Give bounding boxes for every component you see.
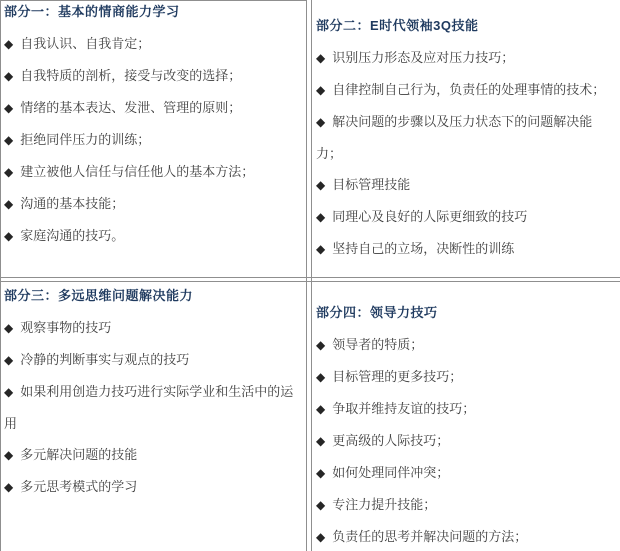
- item-text: 冷静的判断事实与观点的技巧: [20, 352, 189, 367]
- item-text: 如何处理同伴冲突；: [332, 465, 449, 480]
- item-text: 专注力提升技能；: [332, 497, 436, 512]
- item-text: 观察事物的技巧: [20, 320, 111, 335]
- list-item: ◆识别压力形态及应对压力技巧；: [316, 42, 616, 74]
- diamond-bullet-icon: ◆: [4, 353, 13, 367]
- list-item: ◆目标管理的更多技巧；: [316, 361, 616, 393]
- item-text: 解决问题的步骤以及压力状态下的问题解决能力；: [316, 114, 592, 161]
- diamond-bullet-icon: ◆: [316, 115, 325, 129]
- section-part4-items: ◆领导者的特质； ◆目标管理的更多技巧； ◆争取并维持友谊的技巧； ◆更高级的人…: [316, 329, 616, 551]
- diamond-bullet-icon: ◆: [4, 101, 13, 115]
- item-text: 坚持自己的立场，决断性的训练: [332, 241, 514, 256]
- list-item: ◆负责任的思考并解决问题的方法；: [316, 521, 616, 551]
- diamond-bullet-icon: ◆: [4, 69, 13, 83]
- diamond-bullet-icon: ◆: [316, 530, 325, 544]
- list-item: ◆如果利用创造力技巧进行实际学业和生活中的运用: [4, 376, 302, 439]
- item-text: 如果利用创造力技巧进行实际学业和生活中的运用: [4, 384, 293, 431]
- diamond-bullet-icon: ◆: [316, 466, 325, 480]
- section-part1-items: ◆自我认识、自我肯定； ◆自我特质的剖析，接受与改变的选择； ◆情绪的基本表达、…: [4, 28, 302, 252]
- diamond-bullet-icon: ◆: [316, 210, 325, 224]
- diamond-bullet-icon: ◆: [4, 165, 13, 179]
- list-item: ◆自律控制自己行为，负责任的处理事情的技术；: [316, 74, 616, 106]
- diamond-bullet-icon: ◆: [316, 498, 325, 512]
- item-text: 沟通的基本技能；: [20, 196, 124, 211]
- diamond-bullet-icon: ◆: [4, 133, 13, 147]
- item-text: 多元思考模式的学习: [20, 479, 137, 494]
- diamond-bullet-icon: ◆: [4, 37, 13, 51]
- diamond-bullet-icon: ◆: [316, 434, 325, 448]
- section-part1: 部分一：基本的情商能力学习 ◆自我认识、自我肯定； ◆自我特质的剖析，接受与改变…: [4, 3, 302, 252]
- list-item: ◆自我特质的剖析，接受与改变的选择；: [4, 60, 302, 92]
- diamond-bullet-icon: ◆: [316, 51, 325, 65]
- item-text: 争取并维持友谊的技巧；: [332, 401, 475, 416]
- list-item: ◆同理心及良好的人际更细致的技巧: [316, 201, 616, 233]
- item-text: 更高级的人际技巧；: [332, 433, 449, 448]
- item-text: 情绪的基本表达、发泄、管理的原则；: [20, 100, 241, 115]
- diamond-bullet-icon: ◆: [316, 370, 325, 384]
- section-part3: 部分三：多远思维问题解决能力 ◆观察事物的技巧 ◆冷静的判断事实与观点的技巧 ◆…: [4, 287, 302, 503]
- item-text: 家庭沟通的技巧。: [20, 228, 124, 243]
- diamond-bullet-icon: ◆: [4, 321, 13, 335]
- list-item: ◆坚持自己的立场，决断性的训练: [316, 233, 616, 265]
- table-left-border: [0, 0, 1, 551]
- item-text: 识别压力形态及应对压力技巧；: [332, 50, 514, 65]
- list-item: ◆解决问题的步骤以及压力状态下的问题解决能力；: [316, 106, 616, 169]
- list-item: ◆建立被他人信任与信任他人的基本方法；: [4, 156, 302, 188]
- section-part2: 部分二：E时代领袖3Q技能 ◆识别压力形态及应对压力技巧； ◆自律控制自己行为，…: [316, 17, 616, 265]
- diamond-bullet-icon: ◆: [4, 385, 13, 399]
- diamond-bullet-icon: ◆: [316, 242, 325, 256]
- item-text: 同理心及良好的人际更细致的技巧: [332, 209, 527, 224]
- diamond-bullet-icon: ◆: [4, 480, 13, 494]
- item-text: 自我特质的剖析，接受与改变的选择；: [20, 68, 241, 83]
- list-item: ◆争取并维持友谊的技巧；: [316, 393, 616, 425]
- table-top-border: [0, 0, 306, 1]
- item-text: 目标管理技能: [332, 177, 410, 192]
- item-text: 建立被他人信任与信任他人的基本方法；: [20, 164, 254, 179]
- section-part4: 部分四：领导力技巧 ◆领导者的特质； ◆目标管理的更多技巧； ◆争取并维持友谊的…: [316, 304, 616, 551]
- list-item: ◆更高级的人际技巧；: [316, 425, 616, 457]
- list-item: ◆目标管理技能: [316, 169, 616, 201]
- list-item: ◆多元思考模式的学习: [4, 471, 302, 503]
- list-item: ◆沟通的基本技能；: [4, 188, 302, 220]
- item-text: 拒绝同伴压力的训练；: [20, 132, 150, 147]
- diamond-bullet-icon: ◆: [316, 83, 325, 97]
- list-item: ◆情绪的基本表达、发泄、管理的原则；: [4, 92, 302, 124]
- section-part3-title: 部分三：多远思维问题解决能力: [4, 287, 302, 304]
- section-part2-items: ◆识别压力形态及应对压力技巧； ◆自律控制自己行为，负责任的处理事情的技术； ◆…: [316, 42, 616, 265]
- item-text: 多元解决问题的技能: [20, 447, 137, 462]
- item-text: 领导者的特质；: [332, 337, 423, 352]
- section-part4-title: 部分四：领导力技巧: [316, 304, 616, 321]
- list-item: ◆领导者的特质；: [316, 329, 616, 361]
- item-text: 自我认识、自我肯定；: [20, 36, 150, 51]
- vertical-double-divider: [306, 0, 312, 551]
- section-part3-items: ◆观察事物的技巧 ◆冷静的判断事实与观点的技巧 ◆如果利用创造力技巧进行实际学业…: [4, 312, 302, 503]
- diamond-bullet-icon: ◆: [316, 402, 325, 416]
- diamond-bullet-icon: ◆: [4, 229, 13, 243]
- list-item: ◆多元解决问题的技能: [4, 439, 302, 471]
- diamond-bullet-icon: ◆: [316, 178, 325, 192]
- item-text: 目标管理的更多技巧；: [332, 369, 462, 384]
- item-text: 自律控制自己行为，负责任的处理事情的技术；: [332, 82, 605, 97]
- list-item: ◆专注力提升技能；: [316, 489, 616, 521]
- horizontal-double-divider: [0, 277, 620, 282]
- item-text: 负责任的思考并解决问题的方法；: [332, 529, 527, 544]
- list-item: ◆拒绝同伴压力的训练；: [4, 124, 302, 156]
- list-item: ◆家庭沟通的技巧。: [4, 220, 302, 252]
- list-item: ◆冷静的判断事实与观点的技巧: [4, 344, 302, 376]
- section-part1-title: 部分一：基本的情商能力学习: [4, 3, 302, 20]
- list-item: ◆观察事物的技巧: [4, 312, 302, 344]
- list-item: ◆自我认识、自我肯定；: [4, 28, 302, 60]
- course-outline-table: 部分一：基本的情商能力学习 ◆自我认识、自我肯定； ◆自我特质的剖析，接受与改变…: [0, 0, 620, 551]
- diamond-bullet-icon: ◆: [4, 197, 13, 211]
- list-item: ◆如何处理同伴冲突；: [316, 457, 616, 489]
- section-part2-title: 部分二：E时代领袖3Q技能: [316, 17, 616, 34]
- diamond-bullet-icon: ◆: [316, 338, 325, 352]
- diamond-bullet-icon: ◆: [4, 448, 13, 462]
